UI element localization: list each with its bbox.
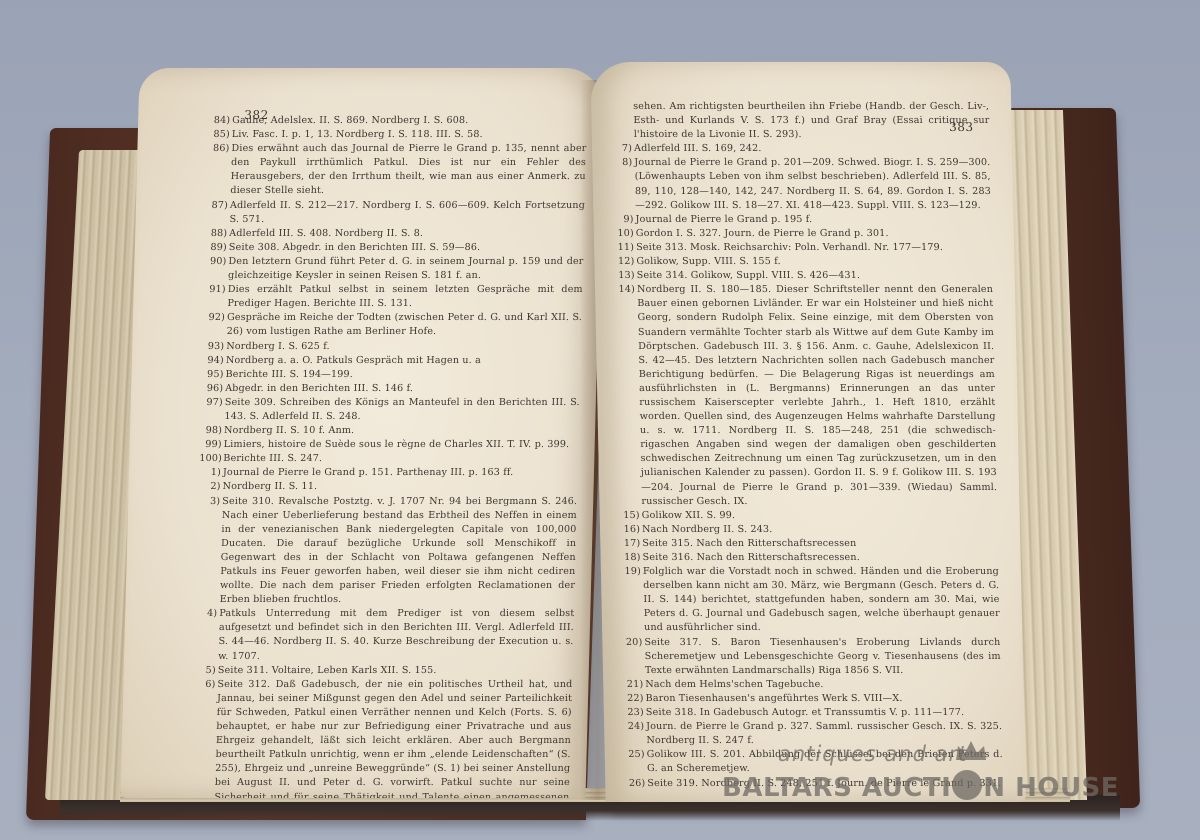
footnote: 11)Seite 313. Mosk. Reichsarchiv: Poln. … (612, 241, 992, 255)
footnote-text: Adlerfeld II. S. 212—217. Nordberg I. S.… (229, 200, 585, 225)
footnote: 18)Seite 316. Nach den Ritterschaftsrece… (618, 551, 998, 565)
footnote-text: Nordberg I. S. 625 f. (226, 341, 330, 352)
footnote: 90)Den letztern Grund führt Peter d. G. … (204, 255, 584, 283)
footnote-number: 13) (613, 269, 635, 283)
footnote: 97)Seite 309. Schreiben des Königs an Ma… (200, 396, 580, 424)
footnote-number: 93) (202, 340, 224, 354)
crown-globe-icon (954, 740, 988, 762)
footnote: 94)Nordberg a. a. O. Patkuls Gespräch mi… (202, 354, 581, 368)
footnote-text: Berichte III. S. 247. (223, 453, 322, 464)
footnote: 3)Seite 310. Revalsche Postztg. v. J. 17… (195, 495, 577, 608)
footnote-number: 26) (623, 777, 645, 791)
footnote-number: 20) (620, 636, 642, 650)
footnote-text: Journal de Pierre le Grand p. 151. Parth… (223, 467, 514, 478)
footnote: 1)Journal de Pierre le Grand p. 151. Par… (199, 466, 578, 480)
footnote-number: 91) (204, 283, 226, 297)
page-number: 383 (949, 120, 974, 134)
footnote-number: 22) (621, 692, 643, 706)
footnote-text: Adlerfeld III. S. 408. Nordberg II. S. 8… (229, 228, 423, 239)
footnote-number: 8) (610, 156, 632, 170)
footnote-number: 23) (622, 706, 644, 720)
footnote-text: Seite 318. In Gadebusch Autogr. et Trans… (646, 707, 965, 718)
footnote-number: 14) (613, 283, 635, 297)
footnote: 13)Seite 314. Golikow, Suppl. VIII. S. 4… (613, 269, 993, 283)
footnote-number: 25) (623, 748, 645, 762)
footnote: 100)Berichte III. S. 247. (199, 452, 578, 466)
footnote-number: 84) (208, 114, 230, 128)
footnote-text: Seite 316. Nach den Ritterschaftsrecesse… (643, 552, 860, 563)
footnote-number: 15) (618, 509, 640, 523)
footnote-text: Seite 315. Nach den Ritterschaftsrecesse… (642, 538, 856, 549)
footnote: 16)Nach Nordberg II. S. 243. (618, 523, 998, 537)
footnote-text: Seite 309. Schreiben des Königs an Mante… (224, 397, 580, 422)
footnote: 17)Seite 315. Nach den Ritterschaftsrece… (618, 537, 998, 551)
footnote-text: Limiers, histoire de Suède sous le règne… (224, 439, 570, 450)
footnote-text: Nordberg II. S. 11. (222, 481, 317, 492)
footnote: 96)Abgedr. in den Berichten III. S. 146 … (201, 382, 580, 396)
footnote-number: 12) (612, 255, 634, 269)
footnote-text: Golikow, Supp. VIII. S. 155 f. (636, 256, 781, 267)
page-number: 382 (244, 108, 269, 122)
footnote-list: 84)Gauhe, Adelslex. II. S. 869. Nordberg… (190, 114, 588, 798)
footnote-text: Seite 310. Revalsche Postztg. v. J. 1707… (219, 496, 577, 606)
footnote-text: Nach dem Helms'schen Tagebuche. (645, 679, 824, 690)
footnote: 4)Patkuls Unterredung mit dem Prediger i… (194, 607, 574, 663)
footnote-number: 97) (201, 396, 223, 410)
auction-house-watermark: antiques and art BALTARS AUCTIN HOUSE (722, 742, 1112, 806)
footnote-number: 2) (198, 480, 220, 494)
footnote-number: 94) (202, 354, 224, 368)
watermark-brand-part1: BALTARS AUCTI (722, 773, 951, 803)
footnote: 98)Nordberg II. S. 10 f. Anm. (200, 424, 579, 438)
footnote-text: Seite 314. Golikow, Suppl. VIII. S. 426—… (637, 270, 861, 281)
footnote: 20)Seite 317. S. Baron Tiesenhausen's Er… (620, 636, 1001, 678)
footnote-text: Den letztern Grund führt Peter d. G. in … (228, 256, 584, 281)
footnote-number: 21) (621, 678, 643, 692)
footnote-number: 100) (199, 452, 221, 466)
footnote-text: Baron Tiesenhausen's angeführtes Werk S.… (645, 693, 902, 704)
footnote-number: 16) (618, 523, 640, 537)
footnote-number: 90) (204, 255, 226, 269)
footnote: 93)Nordberg I. S. 625 f. (202, 340, 581, 354)
footnote-number: 92) (203, 311, 225, 325)
footnote-text: Nordberg II. S. 10 f. Anm. (224, 425, 355, 436)
footnote: 92)Gespräche im Reiche der Todten (zwisc… (202, 311, 582, 339)
footnote: 7)Adlerfeld III. S. 169, 242. (610, 142, 990, 156)
footnote-number: 19) (619, 565, 641, 579)
footnote-text: Seite 317. S. Baron Tiesenhausen's Erobe… (644, 637, 1001, 676)
watermark-brand-part2: N HOUSE (983, 773, 1119, 803)
footnote-text: Berichte III. S. 194—199. (225, 369, 353, 380)
footnote-number: 3) (198, 495, 220, 509)
footnote-number: 99) (199, 438, 221, 452)
footnote-text: Gespräche im Reiche der Todten (zwischen… (227, 312, 583, 337)
footnote-text: Nordberg II. S. 180—185. Dieser Schrifts… (637, 284, 997, 506)
footnote-number: 10) (612, 227, 634, 241)
footnote-text: Golikow XII. S. 99. (642, 510, 736, 521)
footnote-number: 89) (205, 241, 227, 255)
footnote: 88)Adlerfeld III. S. 408. Nordberg II. S… (205, 227, 584, 241)
left-page: 382 84)Gauhe, Adelslex. II. S. 869. Nord… (120, 68, 604, 798)
footnote: 12)Golikow, Supp. VIII. S. 155 f. (612, 255, 992, 269)
footnote-number: 11) (612, 241, 634, 255)
footnote-text: Dies erwähnt auch das Journal de Pierre … (230, 143, 586, 196)
footnote-number: 1) (199, 466, 221, 480)
footnote-list: sehen. Am richtigsten beurtheilen ihn Fr… (609, 100, 1003, 791)
footnote-number: 88) (205, 227, 227, 241)
footnote-text: Seite 308. Abgedr. in den Berichten III.… (229, 242, 481, 253)
footnote: 10)Gordon I. S. 327. Journ. de Pierre le… (612, 227, 992, 241)
footnote: 89)Seite 308. Abgedr. in den Berichten I… (205, 241, 584, 255)
footnote-number: 24) (622, 720, 644, 734)
footnote-number: 98) (200, 424, 222, 438)
footnote-number: 4) (195, 607, 217, 621)
watermark-brand: BALTARS AUCTIN HOUSE (722, 770, 1119, 803)
footnote-text: Seite 312. Daß Gadebusch, der nie ein po… (214, 679, 573, 798)
right-page: 383 sehen. Am richtigsten beurtheilen ih… (590, 62, 1026, 802)
footnote-number: 96) (201, 382, 223, 396)
footnote: 8)Journal de Pierre le Grand p. 201—209.… (610, 156, 991, 212)
footnote-number: 95) (201, 368, 223, 382)
footnote-text: Nordberg a. a. O. Patkuls Gespräch mit H… (226, 355, 481, 366)
footnote-text: Seite 311. Voltaire, Leben Karls XII. S.… (218, 665, 437, 676)
photo-scene: 382 84)Gauhe, Adelslex. II. S. 869. Nord… (0, 0, 1200, 840)
footnote-text: Patkuls Unterredung mit dem Prediger ist… (218, 608, 574, 661)
footnote-text: sehen. Am richtigsten beurtheilen ihn Fr… (633, 101, 990, 140)
footnote-number: 6) (193, 678, 215, 692)
footnote-number: 5) (194, 664, 216, 678)
footnote-text: Journal de Pierre le Grand p. 195 f. (635, 214, 812, 225)
footnote: 85)Liv. Fasc. I. p. 1, 13. Nordberg I. S… (208, 128, 587, 142)
footnote-number: 7) (610, 142, 632, 156)
footnote: 22)Baron Tiesenhausen's angeführtes Werk… (621, 692, 1001, 706)
footnote-number: 18) (618, 551, 640, 565)
footnote-text: Nach Nordberg II. S. 243. (642, 524, 773, 535)
footnote-text: Adlerfeld III. S. 169, 242. (634, 143, 762, 154)
footnote-text: Gordon I. S. 327. Journ. de Pierre le Gr… (636, 228, 889, 239)
footnote: sehen. Am richtigsten beurtheilen ihn Fr… (609, 100, 990, 142)
footnote-text: Liv. Fasc. I. p. 1, 13. Nordberg I. S. 1… (232, 129, 483, 140)
footnote-number: 85) (208, 128, 230, 142)
footnote-text: Dies erzählt Patkul selbst in seinem let… (227, 284, 583, 309)
footnote-text: Abgedr. in den Berichten III. S. 146 f. (225, 383, 413, 394)
footnote: 91)Dies erzählt Patkul selbst in seinem … (203, 283, 583, 311)
globe-icon (952, 770, 982, 800)
footnote-number: 17) (618, 537, 640, 551)
footnote-text: Journal de Pierre le Grand p. 201—209. S… (634, 157, 991, 210)
footnote: 21)Nach dem Helms'schen Tagebuche. (621, 678, 1001, 692)
footnote: 5)Seite 311. Voltaire, Leben Karls XII. … (194, 664, 573, 678)
footnote: 6)Seite 312. Daß Gadebusch, der nie ein … (190, 678, 573, 798)
footnote-number: 9) (611, 213, 633, 227)
footnote-number: 87) (206, 199, 228, 213)
footnote-text: Folglich war die Vorstadt noch in schwed… (643, 566, 1000, 633)
footnote-number: 86) (207, 142, 229, 156)
footnote: 23)Seite 318. In Gadebusch Autogr. et Tr… (622, 706, 1002, 720)
footnote: 19)Folglich war die Vorstadt noch in sch… (619, 565, 1000, 635)
footnote: 15)Golikow XII. S. 99. (618, 509, 998, 523)
footnote: 99)Limiers, histoire de Suède sous le rè… (199, 438, 578, 452)
footnote: 2)Nordberg II. S. 11. (198, 480, 577, 494)
footnote: 14)Nordberg II. S. 180—185. Dieser Schri… (613, 283, 998, 509)
footnote-text: Seite 313. Mosk. Reichsarchiv: Poln. Ver… (636, 242, 943, 253)
footnote: 87)Adlerfeld II. S. 212—217. Nordberg I.… (205, 199, 585, 227)
footnote: 86)Dies erwähnt auch das Journal de Pier… (206, 142, 586, 198)
watermark-tagline: antiques and art (778, 742, 967, 766)
footnote: 95)Berichte III. S. 194—199. (201, 368, 580, 382)
footnote: 9)Journal de Pierre le Grand p. 195 f. (611, 213, 991, 227)
